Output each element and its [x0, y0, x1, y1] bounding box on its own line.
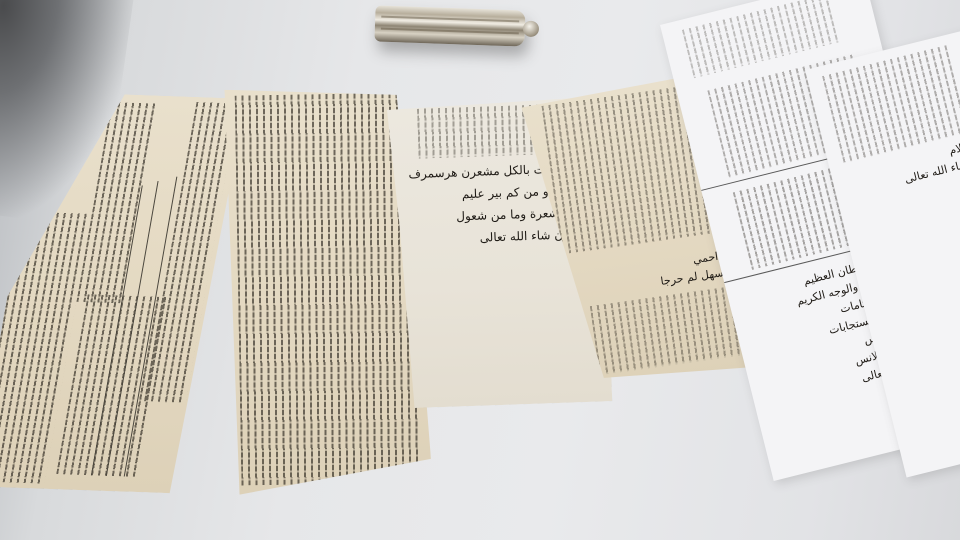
- case-cap: [523, 21, 540, 38]
- photo-scene: وجهت بالكل مشعرن هرسمرف جادو من كم بير ع…: [0, 0, 960, 540]
- dense-script-block: [590, 285, 748, 375]
- case-groove: [381, 28, 519, 35]
- handwritten-line: ان شاء الله تعالى: [410, 224, 566, 251]
- case-groove: [381, 16, 519, 23]
- silver-amulet-case: [374, 5, 525, 46]
- dense-script-block: [144, 102, 238, 403]
